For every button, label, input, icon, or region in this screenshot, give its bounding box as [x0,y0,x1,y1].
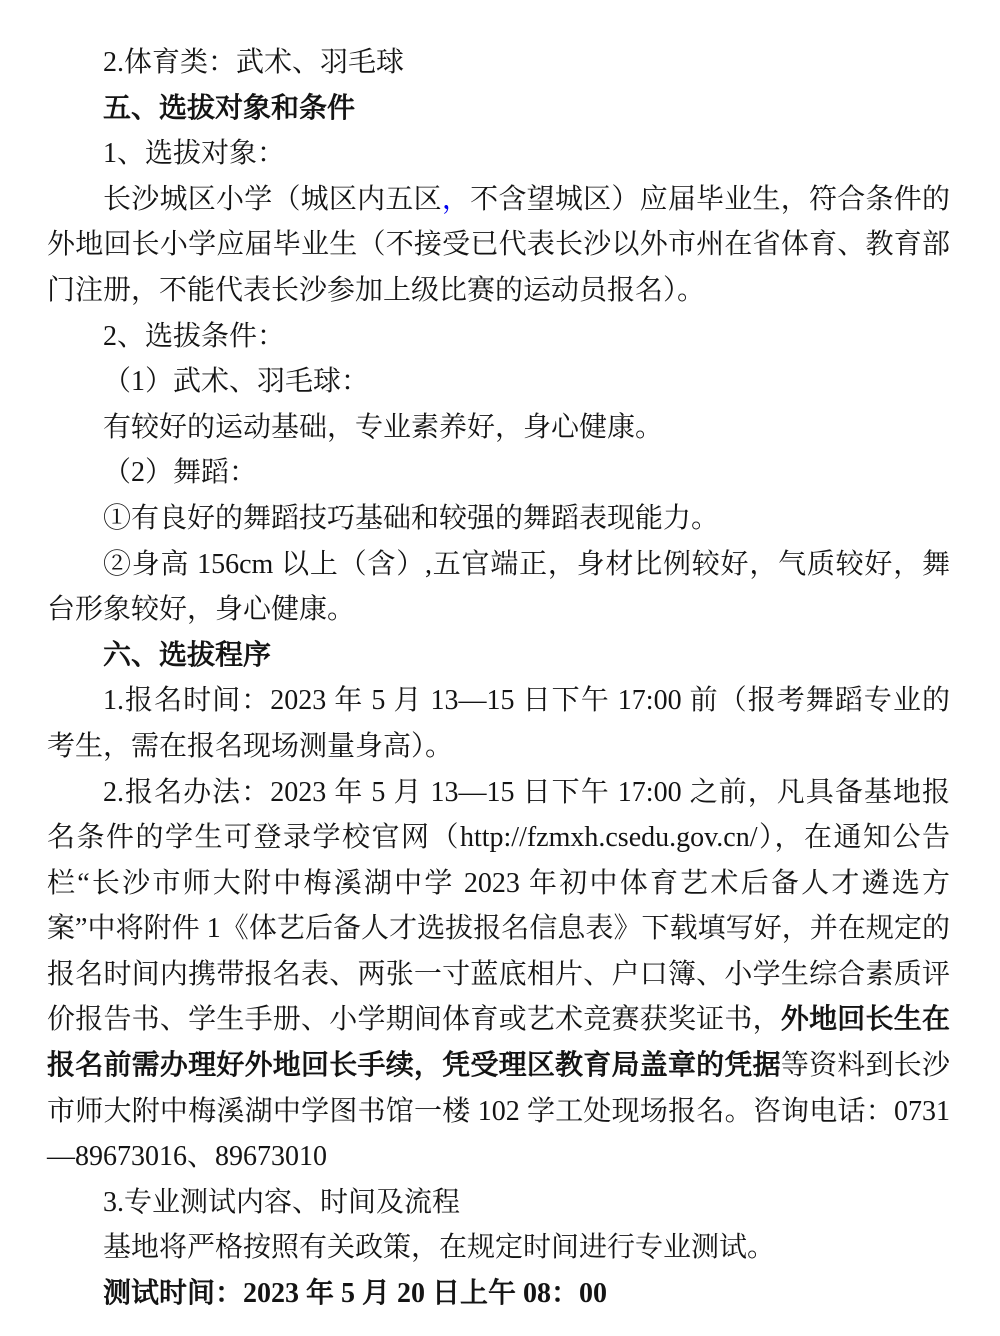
label-test-content: 3.专业测试内容、时间及流程 [47,1180,950,1226]
paragraph-registration-time: 1.报名时间：2023 年 5 月 13—15 日下午 17:00 前（报考舞蹈… [47,678,950,769]
paragraph-dance-requirement-1: ①有良好的舞蹈技巧基础和较强的舞蹈表现能力。 [47,496,950,542]
heading-section-6: 六、选拔程序 [47,633,950,679]
dance-label-text: （2）舞蹈： [103,457,257,488]
sport-category-text: 2.体育类：武术、羽毛球 [103,47,404,78]
test-time-text: 测试时间：2023 年 5 月 20 日上午 08：00 [103,1278,607,1309]
label-dance: （2）舞蹈： [47,450,950,496]
selection-target-part1: 长沙城区小学（城区内五区 [103,184,442,215]
wushu-requirement-text: 有较好的运动基础，专业素养好，身心健康。 [103,412,663,443]
registration-method-part1: 2.报名办法：2023 年 5 月 13—15 日下午 17:00 之前，凡具备… [47,777,950,1036]
label-wushu-badminton: （1）武术、羽毛球： [47,359,950,405]
paragraph-wushu-requirement: 有较好的运动基础，专业素养好，身心健康。 [47,405,950,451]
registration-time-text: 1.报名时间：2023 年 5 月 13—15 日下午 17:00 前（报考舞蹈… [47,685,950,762]
test-content-label-text: 3.专业测试内容、时间及流程 [103,1187,460,1218]
heading-section-5: 五、选拔对象和条件 [47,86,950,132]
paragraph-dance-requirement-2: ②身高 156cm 以上（含）,五官端正，身材比例较好，气质较好，舞台形象较好，… [47,542,950,633]
section-6-heading-text: 六、选拔程序 [103,640,271,671]
dance-requirement-2-text: ②身高 156cm 以上（含）,五官端正，身材比例较好，气质较好，舞台形象较好，… [47,549,950,626]
label-selection-criteria: 2、选拔条件： [47,314,950,360]
dance-requirement-1-text: ①有良好的舞蹈技巧基础和较强的舞蹈表现能力。 [103,503,719,534]
label-selection-target: 1、选拔对象： [47,131,950,177]
document-page: 2.体育类：武术、羽毛球 五、选拔对象和条件 1、选拔对象： 长沙城区小学（城区… [0,0,1000,1336]
paragraph-test-time: 测试时间：2023 年 5 月 20 日上午 08：00 [47,1271,950,1317]
section-5-heading-text: 五、选拔对象和条件 [103,93,355,124]
paragraph-test-policy: 基地将严格按照有关政策，在规定时间进行专业测试。 [47,1225,950,1271]
selection-criteria-label-text: 2、选拔条件： [103,321,285,352]
wushu-badminton-label-text: （1）武术、羽毛球： [103,366,369,397]
paragraph-selection-target: 长沙城区小学（城区内五区，不含望城区）应届毕业生，符合条件的外地回长小学应届毕业… [47,177,950,314]
selection-target-label-text: 1、选拔对象： [103,138,285,169]
paragraph-registration-method: 2.报名办法：2023 年 5 月 13—15 日下午 17:00 之前，凡具备… [47,770,950,1180]
test-policy-text: 基地将严格按照有关政策，在规定时间进行专业测试。 [103,1232,775,1263]
selection-target-blue-comma: ， [442,184,470,215]
paragraph-sport-category: 2.体育类：武术、羽毛球 [47,40,950,86]
